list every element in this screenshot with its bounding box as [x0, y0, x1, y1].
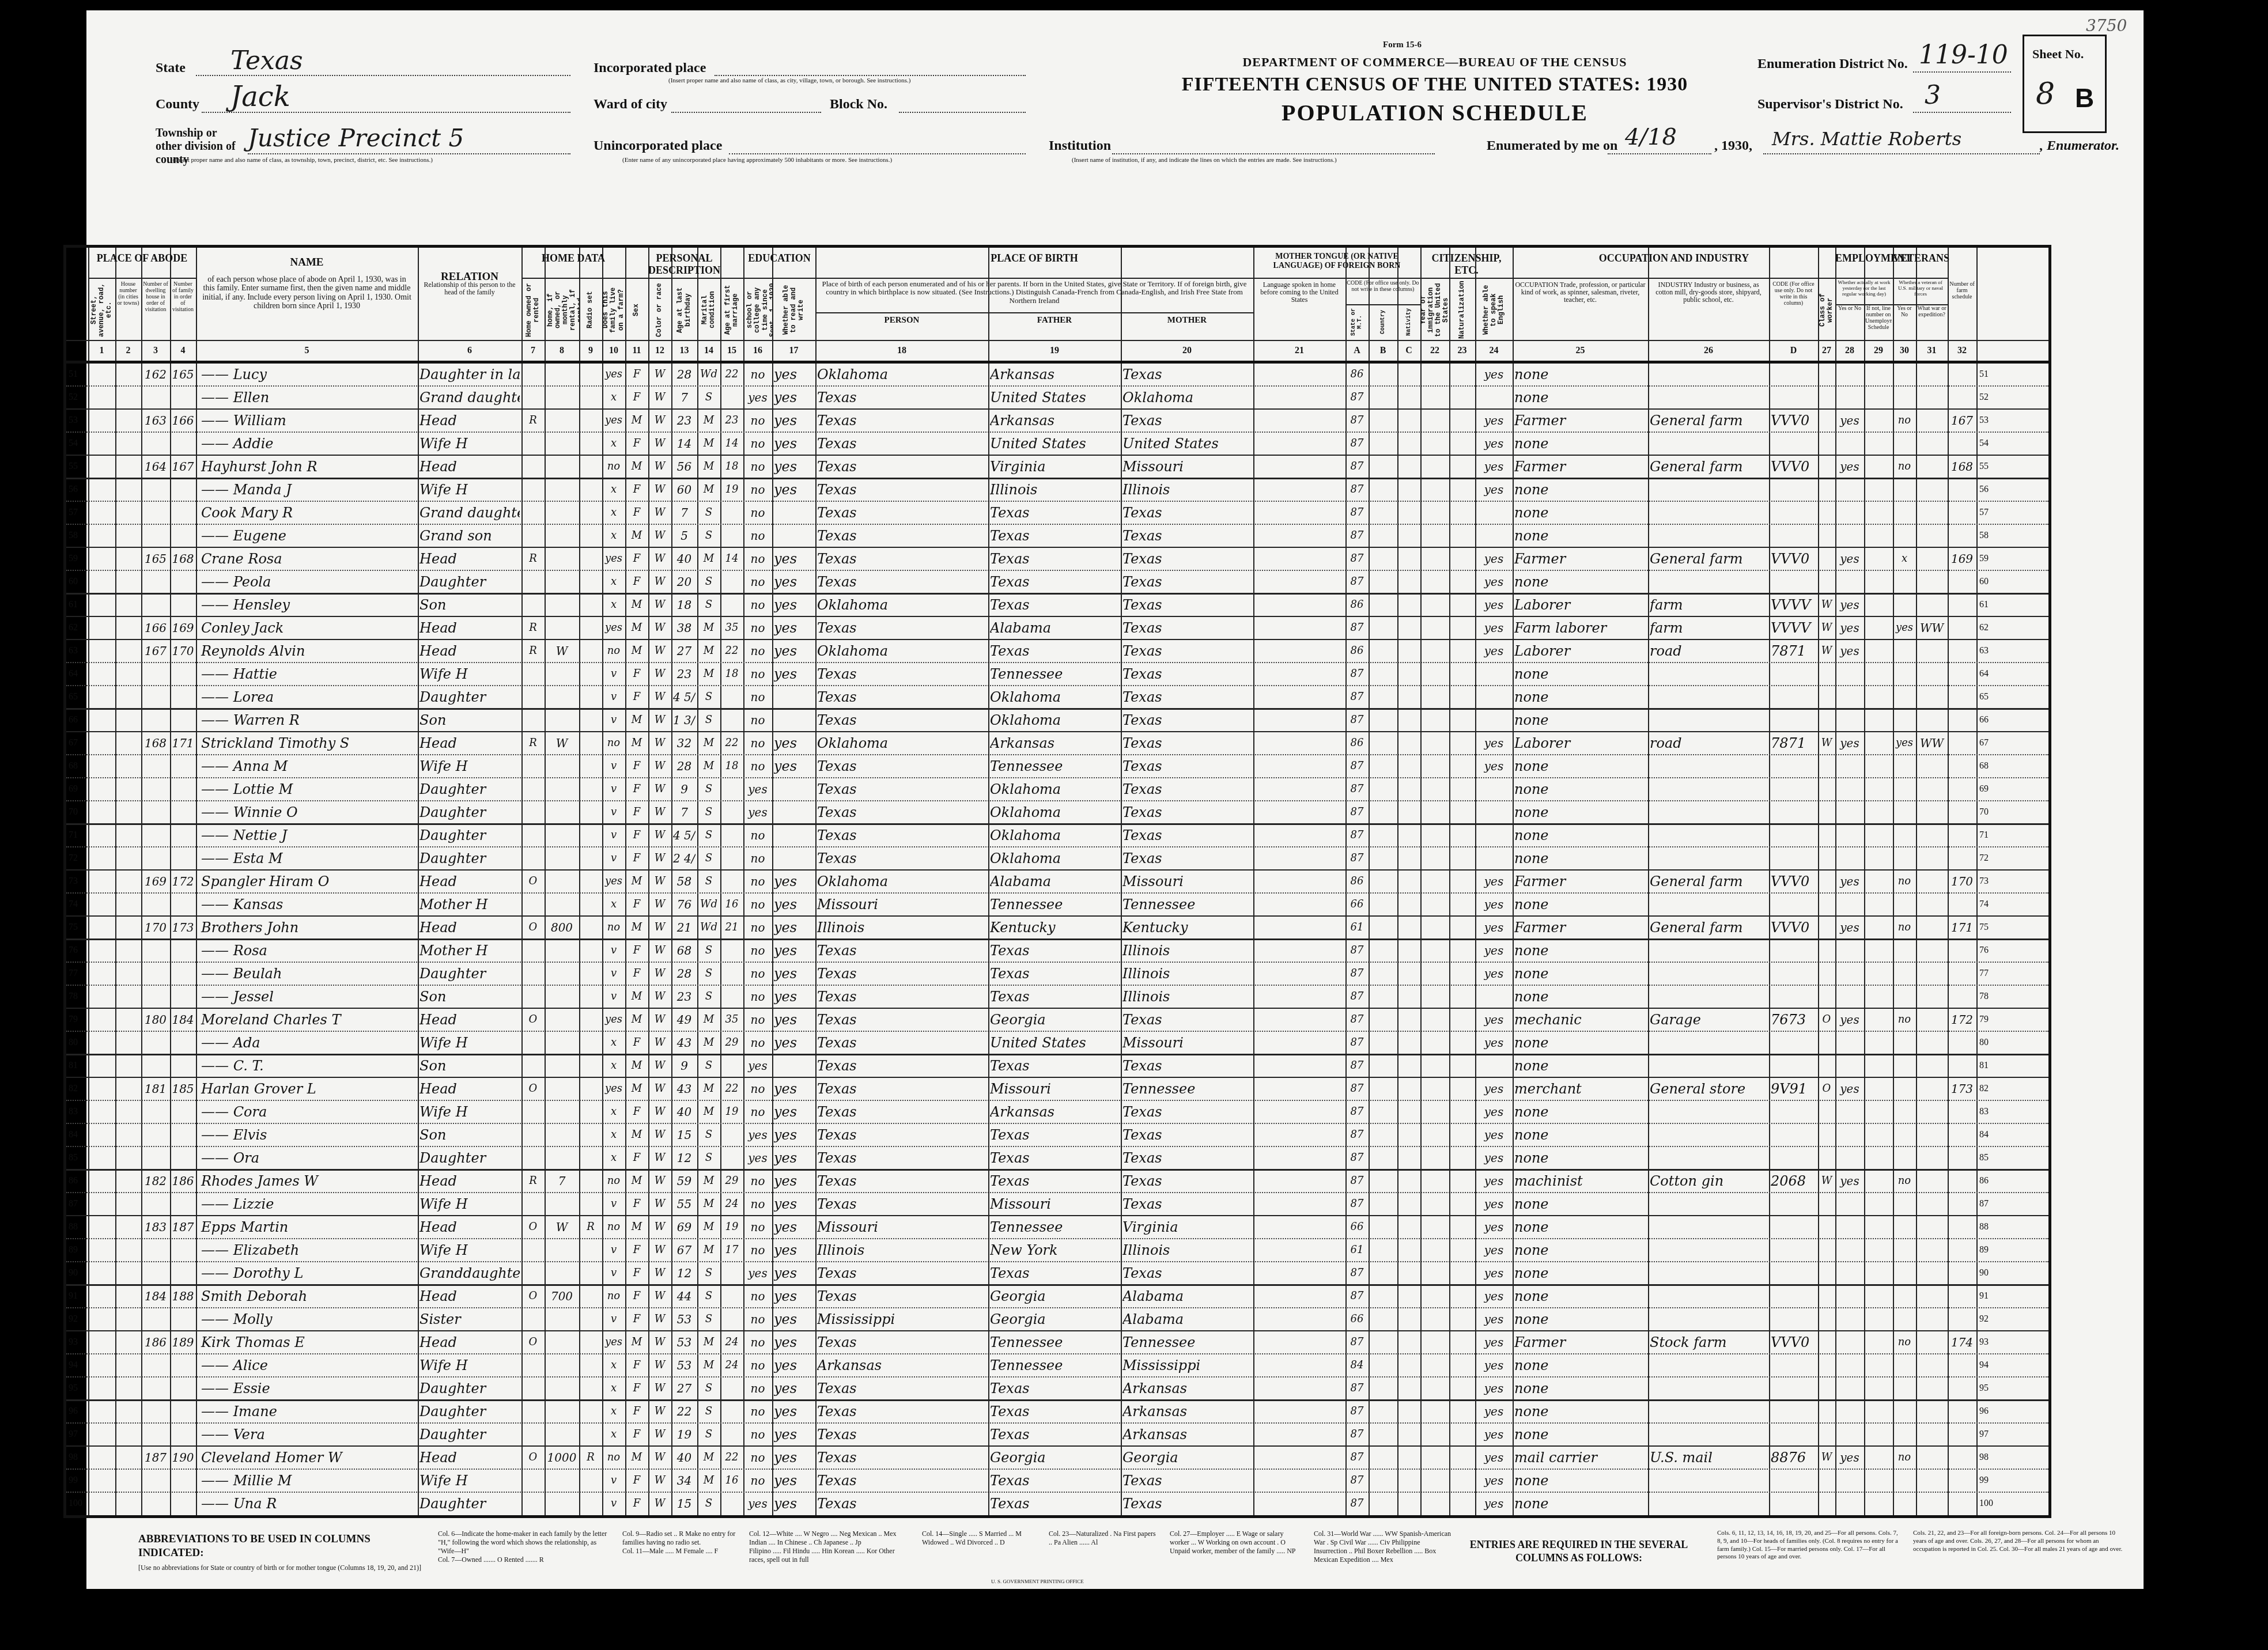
cell-race: W: [650, 547, 670, 570]
county-label: County: [156, 97, 199, 112]
line-number-right: 72: [1979, 847, 2002, 870]
cell-farm: yes: [604, 870, 623, 893]
footer-col12: Col. 12—White .... W Negro .... Neg Mexi…: [749, 1530, 910, 1564]
cell-val: [546, 1262, 577, 1285]
cell-farmno: 170: [1949, 870, 1975, 893]
group-header-home: HOME DATA: [521, 252, 625, 264]
header-cC: Nativity: [1397, 305, 1420, 339]
cell-dw: [143, 478, 168, 501]
header-c25: OCCUPATION Trade, profession, or particu…: [1514, 281, 1647, 339]
cell-mar: M: [699, 1100, 719, 1123]
line-number-left: 100: [69, 1492, 87, 1515]
cell-codeD: [1771, 1308, 1816, 1331]
cell-mar: S: [699, 1146, 719, 1170]
cell-race: W: [650, 1262, 670, 1285]
line-number-left: 52: [69, 386, 87, 409]
cell-eng: [1477, 386, 1511, 409]
cell-eng: yes: [1477, 1331, 1511, 1354]
cell-sex: F: [627, 1031, 647, 1054]
cell-mar: M: [699, 616, 719, 639]
cell-agem: 22: [722, 1077, 742, 1100]
cell-own: [523, 1377, 543, 1400]
cell-sex: M: [627, 870, 647, 893]
cell-agem: [722, 962, 742, 985]
cell-eng: [1477, 663, 1511, 686]
cell-read: yes: [774, 939, 814, 962]
line-number-right: 62: [1979, 616, 2002, 639]
cell-vet: [1895, 1492, 1914, 1515]
cell-own: [523, 386, 543, 409]
cell-val: [546, 985, 577, 1008]
column-divider: [1769, 248, 1770, 1515]
cell-war: [1918, 778, 1946, 801]
cell-cls: [1820, 824, 1834, 847]
cell-cls: [1820, 1331, 1834, 1354]
cell-own: [523, 478, 543, 501]
cell-sch: no: [745, 1239, 770, 1262]
cell-rel: Head: [419, 616, 520, 639]
cell-agem: 35: [722, 1008, 742, 1031]
cell-fam: [172, 686, 194, 709]
cell-name: Hayhurst John R: [198, 455, 419, 478]
birth-subdivider: [815, 312, 1253, 313]
cell-mar: S: [699, 709, 719, 732]
column-number: 8: [545, 346, 579, 356]
cell-own: [523, 1239, 543, 1262]
cell-radio: [581, 1193, 600, 1216]
population-table: PLACE OF ABODEHOME DATAPERSONAL DESCRIPT…: [63, 245, 2051, 1518]
cell-read: yes: [774, 1423, 814, 1446]
cell-ind: [1650, 1193, 1767, 1216]
cell-agem: [722, 1285, 742, 1308]
line-number-right: 96: [1979, 1400, 2002, 1423]
cell-sex: M: [627, 616, 647, 639]
cell-codeD: 2068: [1771, 1170, 1816, 1193]
cell-war: [1918, 893, 1946, 916]
line-number-right: 51: [1979, 363, 2002, 386]
cell-fbp: Oklahoma: [990, 824, 1119, 847]
cell-rel: Head: [419, 639, 520, 663]
cell-farmno: 171: [1949, 916, 1975, 939]
column-number: 17: [772, 346, 815, 356]
cell-fam: [172, 709, 194, 732]
cell-fbp: Oklahoma: [990, 709, 1119, 732]
cell-val: 1000: [546, 1446, 577, 1469]
cell-age: 7: [673, 801, 695, 824]
cell-fbp: Missouri: [990, 1077, 1119, 1100]
cell-rel: Daughter: [419, 847, 520, 870]
sheet-letter: B: [2075, 82, 2094, 113]
cell-age: 32: [673, 732, 695, 755]
cell-farm: x: [604, 593, 623, 616]
cell-occ: none: [1514, 1216, 1646, 1239]
cell-val: [546, 755, 577, 778]
state-value: Texas: [230, 46, 303, 75]
cell-occ: none: [1514, 1262, 1646, 1285]
cell-ind: [1650, 478, 1767, 501]
cell-codeA: 87: [1347, 686, 1367, 709]
cell-val: W: [546, 639, 577, 663]
cell-farm: v: [604, 1262, 623, 1285]
cell-codeA: 87: [1347, 1054, 1367, 1077]
cell-war: [1918, 755, 1946, 778]
cell-codeA: 87: [1347, 1170, 1367, 1193]
cell-rel: Daughter: [419, 1400, 520, 1423]
cell-own: [523, 1469, 543, 1492]
cell-ind: General farm: [1650, 870, 1767, 893]
cell-mbp: Texas: [1122, 1262, 1252, 1285]
cell-eng: yes: [1477, 1492, 1511, 1515]
cell-farmno: [1949, 432, 1975, 455]
cell-farm: x: [604, 570, 623, 593]
cell-bp: Texas: [817, 1377, 986, 1400]
cell-name: Harlan Grover L: [198, 1077, 419, 1100]
cell-fbp: Virginia: [990, 455, 1119, 478]
cell-val: [546, 1146, 577, 1170]
cell-vet: no: [1895, 1170, 1914, 1193]
cell-val: [546, 1054, 577, 1077]
cell-sch: no: [745, 639, 770, 663]
cell-mbp: Texas: [1122, 732, 1252, 755]
header-employment-note: Whether actually at work yesterday (or t…: [1836, 280, 1892, 304]
cell-codeA: 87: [1347, 755, 1367, 778]
cell-vet: [1895, 1193, 1914, 1216]
cell-age: 38: [673, 616, 695, 639]
cell-dw: 181: [143, 1077, 168, 1100]
line-number-right: 59: [1979, 547, 2002, 570]
cell-eng: [1477, 985, 1511, 1008]
cell-vet: [1895, 962, 1914, 985]
cell-eng: yes: [1477, 639, 1511, 663]
cell-vet: [1895, 1308, 1914, 1331]
cell-fbp: Texas: [990, 1123, 1119, 1146]
cell-cls: W: [1820, 616, 1834, 639]
cell-sex: F: [627, 755, 647, 778]
cell-fam: [172, 1123, 194, 1146]
township-note: (Insert proper name and also name of cla…: [173, 157, 576, 164]
cell-codeA: 87: [1347, 778, 1367, 801]
cell-sex: F: [627, 663, 647, 686]
cell-race: W: [650, 570, 670, 593]
cell-read: yes: [774, 1239, 814, 1262]
cell-sch: yes: [745, 1262, 770, 1285]
line-number-left: 69: [69, 778, 87, 801]
cell-rel: Wife H: [419, 1354, 520, 1377]
line-number-right: 60: [1979, 570, 2002, 593]
cell-sex: F: [627, 547, 647, 570]
cell-sex: F: [627, 1285, 647, 1308]
cell-farmno: [1949, 962, 1975, 985]
cell-codeA: 87: [1347, 1123, 1367, 1146]
cell-fam: 171: [172, 732, 194, 755]
cell-war: [1918, 1216, 1946, 1239]
cell-eng: yes: [1477, 893, 1511, 916]
cell-work: [1837, 1400, 1862, 1423]
cell-codeA: 66: [1347, 1308, 1367, 1331]
cell-bp: Oklahoma: [817, 593, 986, 616]
cell-val: [546, 547, 577, 570]
column-divider: [1345, 248, 1347, 1515]
cell-sch: no: [745, 432, 770, 455]
cell-vet: [1895, 985, 1914, 1008]
cell-war: [1918, 1469, 1946, 1492]
cell-own: O: [523, 1077, 543, 1100]
cell-bp: Texas: [817, 386, 986, 409]
cell-own: [523, 1031, 543, 1054]
cell-dw: [143, 1123, 168, 1146]
cell-work: yes: [1837, 593, 1862, 616]
line-number-left: 79: [69, 1008, 87, 1031]
column-number: 7: [521, 346, 545, 356]
cell-occ: Farmer: [1514, 870, 1646, 893]
cell-mbp: Texas: [1122, 501, 1252, 524]
cell-name: —— Lottie M: [198, 778, 419, 801]
cell-fam: [172, 663, 194, 686]
cell-fam: [172, 570, 194, 593]
cell-vet: [1895, 778, 1914, 801]
cell-ind: [1650, 524, 1767, 547]
cell-cls: [1820, 893, 1834, 916]
cell-name: —— Esta M: [198, 847, 419, 870]
cell-cls: [1820, 1285, 1834, 1308]
cell-farmno: [1949, 1492, 1975, 1515]
column-divider: [1976, 248, 1978, 1515]
cell-val: [546, 593, 577, 616]
cell-war: [1918, 1239, 1946, 1262]
cell-sex: F: [627, 893, 647, 916]
header-c13: Age at last birthday: [671, 281, 697, 339]
cell-codeA: 87: [1347, 478, 1367, 501]
cell-eng: [1477, 778, 1511, 801]
cell-read: yes: [774, 1331, 814, 1354]
cell-rel: Daughter: [419, 1146, 520, 1170]
cell-cls: [1820, 570, 1834, 593]
cell-codeA: 87: [1347, 985, 1367, 1008]
cell-ind: [1650, 1377, 1767, 1400]
header-c23: Naturalization: [1449, 281, 1475, 339]
line-number-left: 90: [69, 1262, 87, 1285]
cell-fbp: Georgia: [990, 1308, 1119, 1331]
column-number: 6: [418, 346, 521, 356]
cell-rel: Grand daughter: [419, 501, 520, 524]
cell-work: [1837, 1285, 1862, 1308]
cell-radio: [581, 1031, 600, 1054]
cell-mar: M: [699, 1077, 719, 1100]
column-number: 21: [1253, 346, 1345, 356]
cell-vet: [1895, 432, 1914, 455]
cell-sex: F: [627, 1400, 647, 1423]
cell-val: [546, 1354, 577, 1377]
cell-ind: General farm: [1650, 409, 1767, 432]
cell-war: [1918, 939, 1946, 962]
cell-name: Conley Jack: [198, 616, 419, 639]
cell-age: 21: [673, 916, 695, 939]
cell-sch: no: [745, 455, 770, 478]
group-divider: [1893, 278, 1948, 279]
cell-ind: [1650, 686, 1767, 709]
cell-read: [774, 801, 814, 824]
cell-eng: yes: [1477, 616, 1511, 639]
cell-farm: x: [604, 1377, 623, 1400]
cell-rel: Head: [419, 1446, 520, 1469]
cell-sex: F: [627, 1146, 647, 1170]
cell-mbp: Texas: [1122, 686, 1252, 709]
cell-radio: [581, 524, 600, 547]
cell-cls: [1820, 1354, 1834, 1377]
cell-agem: [722, 1492, 742, 1515]
cell-cls: W: [1820, 593, 1834, 616]
enumerated-label: Enumerated by me on: [1487, 138, 1617, 154]
cell-fam: [172, 1308, 194, 1331]
cell-ind: farm: [1650, 593, 1767, 616]
cell-own: O: [523, 916, 543, 939]
cell-occ: none: [1514, 1146, 1646, 1170]
cell-cls: [1820, 1469, 1834, 1492]
cell-age: 40: [673, 1446, 695, 1469]
cell-codeA: 87: [1347, 386, 1367, 409]
cell-rel: Daughter in law: [419, 363, 520, 386]
cell-occ: Laborer: [1514, 639, 1646, 663]
line-number-right: 54: [1979, 432, 2002, 455]
cell-codeD: 7673: [1771, 1008, 1816, 1031]
cell-val: [546, 847, 577, 870]
cell-war: [1918, 1400, 1946, 1423]
cell-farm: x: [604, 1123, 623, 1146]
cell-agem: 18: [722, 455, 742, 478]
institution-note: (Insert name of institution, if any, and…: [1072, 157, 1452, 164]
cell-codeD: [1771, 893, 1816, 916]
cell-bp: Illinois: [817, 916, 986, 939]
cell-farm: v: [604, 985, 623, 1008]
cell-sch: yes: [745, 1492, 770, 1515]
cell-own: [523, 939, 543, 962]
cell-radio: [581, 616, 600, 639]
cell-own: O: [523, 1331, 543, 1354]
line-number-left: 62: [69, 616, 87, 639]
cell-occ: none: [1514, 1469, 1646, 1492]
cell-farmno: [1949, 732, 1975, 755]
cell-codeD: [1771, 1285, 1816, 1308]
cell-agem: 18: [722, 663, 742, 686]
column-number: 13: [671, 346, 697, 356]
column-number: 11: [625, 346, 648, 356]
cell-vet: [1895, 1285, 1914, 1308]
line-number-left: 99: [69, 1469, 87, 1492]
cell-fbp: Texas: [990, 939, 1119, 962]
cell-sch: no: [745, 755, 770, 778]
cell-bp: Texas: [817, 1469, 986, 1492]
cell-work: [1837, 1262, 1862, 1285]
column-number: 29: [1864, 346, 1893, 356]
cell-eng: yes: [1477, 570, 1511, 593]
cell-race: W: [650, 363, 670, 386]
cell-occ: none: [1514, 824, 1646, 847]
cell-rel: Wife H: [419, 478, 520, 501]
cell-mar: S: [699, 593, 719, 616]
cell-name: —— Jessel: [198, 985, 419, 1008]
cell-rel: Wife H: [419, 1100, 520, 1123]
cell-mbp: Tennessee: [1122, 893, 1252, 916]
cell-read: [774, 501, 814, 524]
cell-mar: S: [699, 1423, 719, 1446]
cell-cls: [1820, 1193, 1834, 1216]
cell-occ: none: [1514, 755, 1646, 778]
cell-mbp: Virginia: [1122, 1216, 1252, 1239]
cell-rel: Daughter: [419, 1377, 520, 1400]
cell-age: 56: [673, 455, 695, 478]
cell-name: —— Cora: [198, 1100, 419, 1123]
cell-dw: [143, 1054, 168, 1077]
cell-radio: [581, 870, 600, 893]
cell-agem: [722, 386, 742, 409]
cell-farm: yes: [604, 1077, 623, 1100]
cell-race: W: [650, 1469, 670, 1492]
cell-own: O: [523, 1446, 543, 1469]
cell-rel: Daughter: [419, 801, 520, 824]
column-divider: [988, 248, 989, 1515]
cell-rel: Wife H: [419, 1239, 520, 1262]
cell-fbp: United States: [990, 1031, 1119, 1054]
cell-name: —— Hattie: [198, 663, 419, 686]
cell-war: [1918, 501, 1946, 524]
cell-mar: M: [699, 455, 719, 478]
cell-codeD: [1771, 1193, 1816, 1216]
department-title: DEPARTMENT OF COMMERCE—BUREAU OF THE CEN…: [1095, 55, 1775, 70]
cell-age: 28: [673, 962, 695, 985]
cell-rel: Daughter: [419, 686, 520, 709]
cell-agem: 22: [722, 639, 742, 663]
cell-dw: [143, 1423, 168, 1446]
cell-age: 23: [673, 985, 695, 1008]
cell-codeD: [1771, 686, 1816, 709]
cell-mbp: Texas: [1122, 1170, 1252, 1193]
cell-read: yes: [774, 1400, 814, 1423]
cell-radio: [581, 1008, 600, 1031]
cell-vet: x: [1895, 547, 1914, 570]
cell-val: [546, 709, 577, 732]
cell-farmno: [1949, 1354, 1975, 1377]
cell-dw: [143, 663, 168, 686]
cell-codeA: 87: [1347, 939, 1367, 962]
cell-fam: [172, 778, 194, 801]
cell-ind: Stock farm: [1650, 1331, 1767, 1354]
cell-farm: x: [604, 1146, 623, 1170]
cell-vet: [1895, 1031, 1914, 1054]
header-c28: Yes or No: [1836, 305, 1863, 339]
line-number-left: 66: [69, 709, 87, 732]
cell-sch: no: [745, 1400, 770, 1423]
cell-bp: Texas: [817, 1077, 986, 1100]
cell-cls: [1820, 847, 1834, 870]
cell-cls: [1820, 1308, 1834, 1331]
line-number-left: 75: [69, 916, 87, 939]
cell-ind: [1650, 1469, 1767, 1492]
cell-sex: M: [627, 524, 647, 547]
cell-radio: R: [581, 1216, 600, 1239]
cell-sch: no: [745, 616, 770, 639]
cell-name: —— Beulah: [198, 962, 419, 985]
cell-work: [1837, 1423, 1862, 1446]
cell-val: [546, 778, 577, 801]
cell-cls: [1820, 1031, 1834, 1054]
group-divider: [815, 278, 1253, 279]
cell-val: [546, 409, 577, 432]
cell-eng: yes: [1477, 1469, 1511, 1492]
cell-name: —— Dorothy L: [198, 1262, 419, 1285]
cell-war: [1918, 547, 1946, 570]
column-divider: [141, 248, 142, 1515]
cell-name: —— Addie: [198, 432, 419, 455]
